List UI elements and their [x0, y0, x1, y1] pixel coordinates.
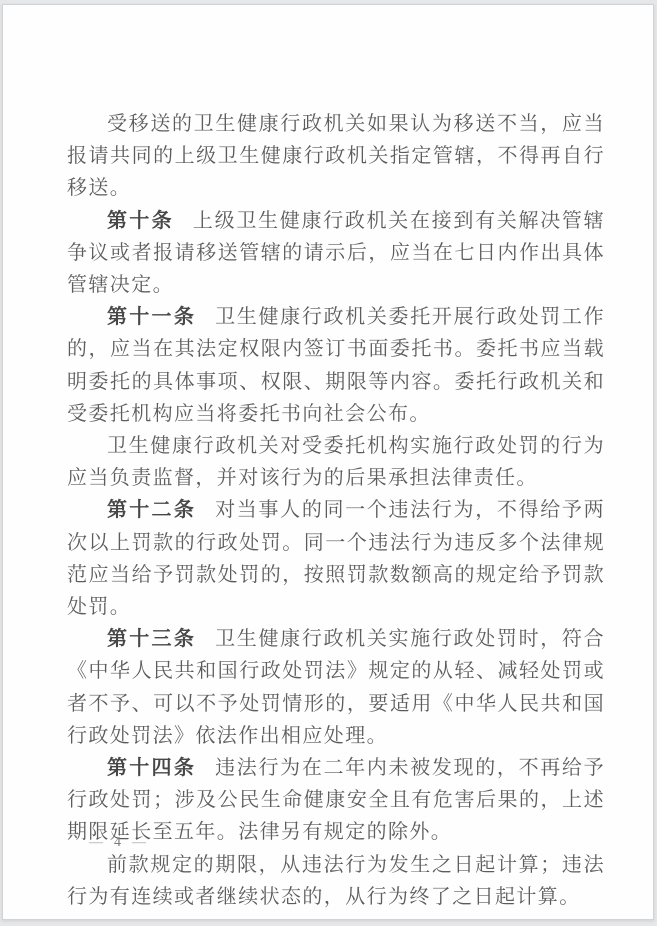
footer-left-dash: —: [89, 835, 104, 850]
page-number: 4: [114, 835, 122, 850]
article-label: 第十四条: [107, 757, 196, 779]
article-label: 第十二条: [107, 499, 196, 521]
body-paragraph: 卫生健康行政机关对受委托机构实施行政处罚的行为应当负责监督，并对该行为的后果承担…: [67, 430, 605, 494]
body-paragraph: 受移送的卫生健康行政机关如果认为移送不当，应当报请共同的上级卫生健康行政机关指定…: [67, 108, 605, 205]
article-paragraph: 第十条上级卫生健康行政机关在接到有关解决管辖争议或者报请移送管辖的请示后，应当在…: [67, 205, 605, 302]
footer-right-dash: —: [132, 835, 147, 850]
page-number-footer: —4—: [89, 835, 147, 851]
document-body: 受移送的卫生健康行政机关如果认为移送不当，应当报请共同的上级卫生健康行政机关指定…: [67, 108, 605, 913]
article-paragraph: 第十三条卫生健康行政机关实施行政处罚时，符合《中华人民共和国行政处罚法》规定的从…: [67, 623, 605, 752]
article-label: 第十条: [107, 210, 174, 232]
body-paragraph: 前款规定的期限，从违法行为发生之日起计算；违法行为有连续或者继续状态的，从行为终…: [67, 849, 605, 913]
article-paragraph: 第十二条对当事人的同一个违法行为，不得给予两次以上罚款的行政处罚。同一个违法行为…: [67, 494, 605, 623]
article-paragraph: 第十四条违法行为在二年内未被发现的，不再给予行政处罚；涉及公民生命健康安全且有危…: [67, 752, 605, 849]
article-label: 第十一条: [107, 306, 196, 328]
article-label: 第十三条: [107, 628, 196, 650]
article-paragraph: 第十一条卫生健康行政机关委托开展行政处罚工作的，应当在其法定权限内签订书面委托书…: [67, 301, 605, 430]
document-page: 受移送的卫生健康行政机关如果认为移送不当，应当报请共同的上级卫生健康行政机关指定…: [2, 4, 654, 920]
